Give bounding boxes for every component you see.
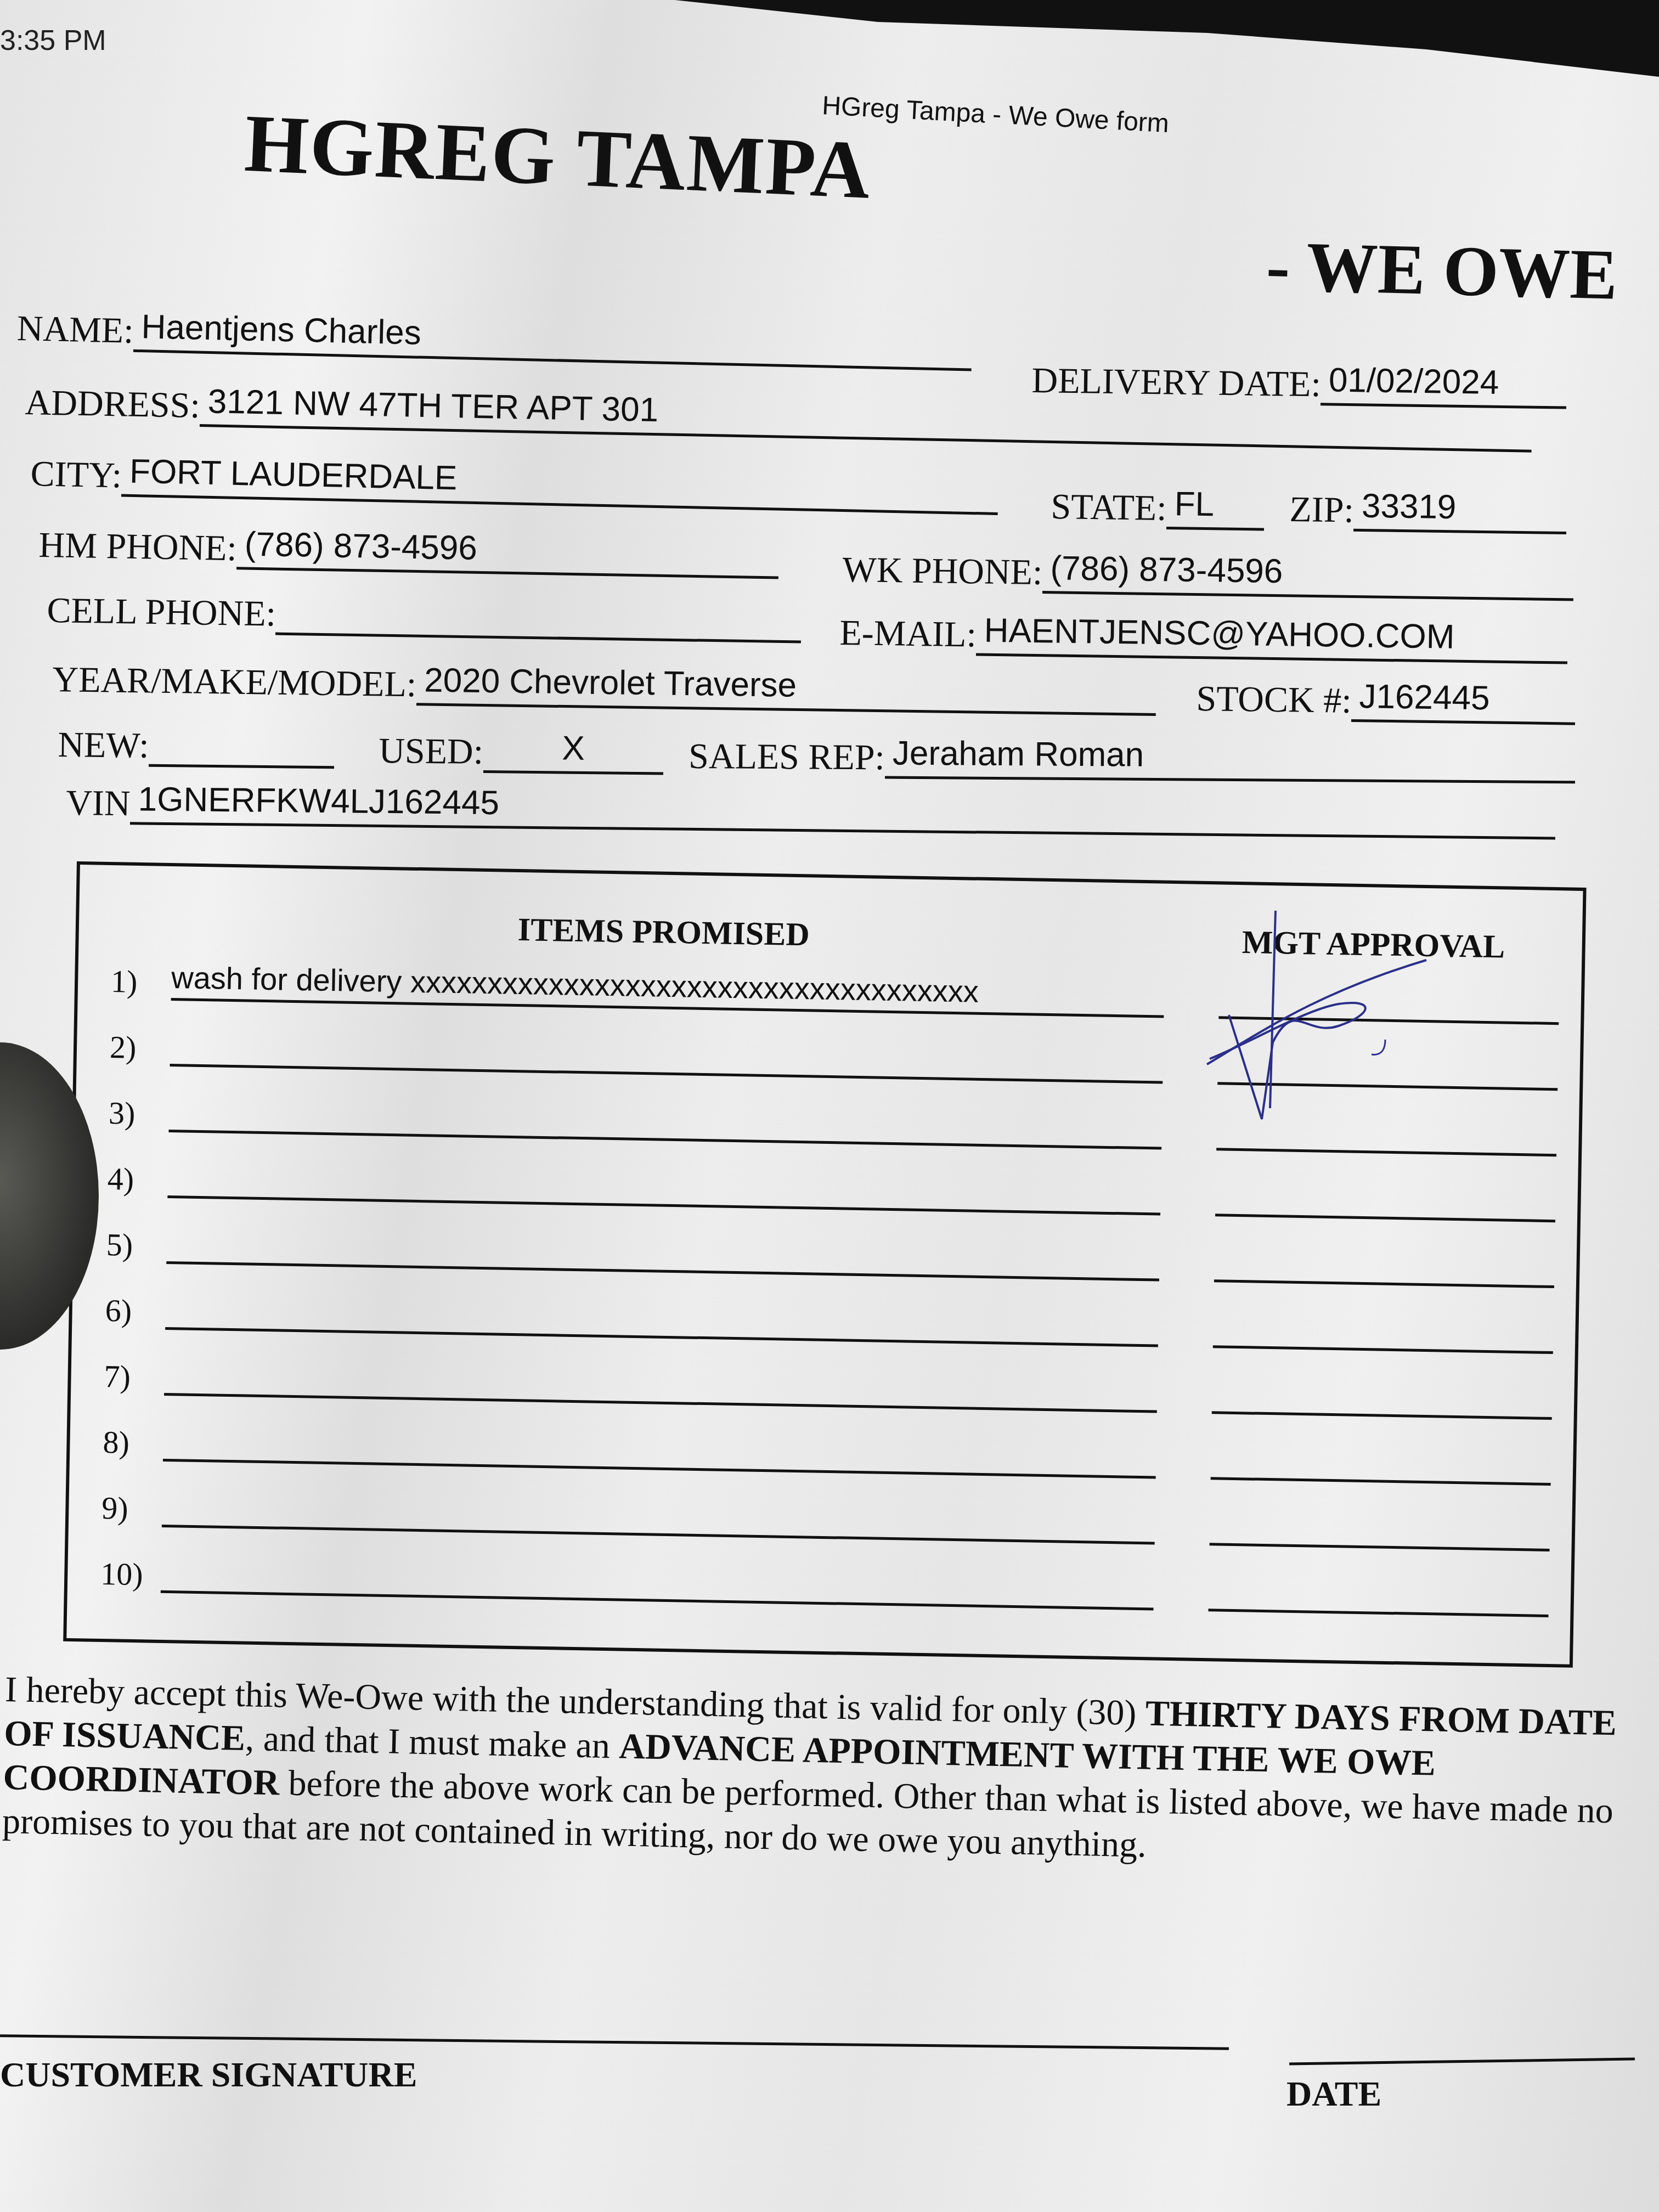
cell-phone-label: CELL PHONE: — [47, 590, 276, 635]
address-label: ADDRESS: — [25, 382, 200, 427]
item-number: 1) — [111, 963, 172, 1001]
item-number: 9) — [101, 1489, 162, 1527]
item-text-field[interactable] — [164, 1355, 1158, 1413]
status-time: 3:35 PM — [0, 24, 106, 57]
new-value[interactable] — [149, 761, 334, 769]
email-label: E-MAIL: — [839, 612, 977, 656]
item-approval-field[interactable] — [1211, 1441, 1551, 1486]
state-field: STATE: FL — [1051, 483, 1265, 531]
vin-value[interactable]: 1GNERFKW4LJ162445 — [130, 780, 1556, 839]
stock-value[interactable]: J162445 — [1351, 677, 1576, 725]
item-row: 10) — [100, 1551, 1549, 1617]
delivery-date-value[interactable]: 01/02/2024 — [1321, 360, 1567, 409]
zip-value[interactable]: 33319 — [1353, 487, 1567, 534]
form-type-title: - WE OWE — [1265, 225, 1618, 317]
item-number: 3) — [108, 1094, 169, 1132]
date-line[interactable] — [1289, 2058, 1635, 2066]
item-number: 4) — [107, 1160, 168, 1198]
vin-field: VIN 1GNERFKW4LJ162445 — [66, 779, 1556, 839]
item-text-field[interactable] — [166, 1223, 1160, 1282]
used-field: USED: X — [379, 727, 664, 775]
stock-label: STOCK #: — [1196, 678, 1352, 722]
zip-label: ZIP: — [1289, 489, 1354, 532]
state-label: STATE: — [1051, 486, 1167, 529]
used-value[interactable]: X — [483, 728, 664, 775]
vehicle-value[interactable]: 2020 Chevrolet Traverse — [416, 661, 1156, 716]
manager-signature — [1196, 900, 1503, 1130]
we-owe-form-page: 3:35 PM HGreg Tampa - We Owe form HGREG … — [0, 0, 1659, 2212]
vehicle-field: YEAR/MAKE/MODEL: 2020 Chevrolet Traverse — [52, 656, 1156, 716]
item-text-field[interactable]: wash for delivery xxxxxxxxxxxxxxxxxxxxxx… — [171, 960, 1165, 1018]
home-phone-field: HM PHONE: (786) 873-4596 — [38, 521, 779, 579]
item-number: 8) — [103, 1424, 163, 1462]
dealer-title: HGREG TAMPA — [242, 96, 873, 218]
item-text-field[interactable] — [170, 1025, 1163, 1084]
item-text-field[interactable] — [162, 1486, 1155, 1545]
name-value[interactable]: Haentjens Charles — [133, 307, 972, 371]
item-row: 4) — [107, 1156, 1556, 1222]
sales-rep-label: SALES REP: — [689, 736, 885, 778]
work-phone-field: WK PHONE: (786) 873-4596 — [842, 546, 1574, 601]
sales-rep-value[interactable]: Jeraham Roman — [885, 733, 1576, 783]
cell-phone-field: CELL PHONE: — [47, 590, 802, 644]
used-label: USED: — [379, 730, 483, 773]
terms-text-2: , and that I must make an — [245, 1718, 619, 1766]
item-row: 5) — [106, 1222, 1555, 1288]
item-approval-field[interactable] — [1214, 1243, 1555, 1288]
item-row: 7) — [104, 1353, 1553, 1420]
date-label: DATE — [1286, 2074, 1381, 2114]
item-number: 10) — [100, 1555, 161, 1593]
item-approval-field[interactable] — [1208, 1572, 1549, 1617]
state-value[interactable]: FL — [1166, 484, 1265, 531]
item-row: 6) — [105, 1288, 1554, 1354]
customer-signature-line[interactable] — [0, 2034, 1229, 2050]
items-list: 1)wash for delivery xxxxxxxxxxxxxxxxxxxx… — [80, 865, 1583, 891]
home-phone-label: HM PHONE: — [38, 524, 237, 569]
customer-signature-label: CUSTOMER SIGNATURE — [0, 2055, 417, 2095]
home-phone-value[interactable]: (786) 873-4596 — [236, 524, 779, 579]
terms-paragraph: I hereby accept this We-Owe with the und… — [2, 1668, 1629, 1877]
zip-field: ZIP: 33319 — [1289, 486, 1567, 534]
city-label: CITY: — [30, 453, 122, 496]
email-value[interactable]: HAENTJENSC@YAHOO.COM — [976, 611, 1568, 664]
items-promised-header: ITEMS PROMISED — [517, 911, 810, 953]
item-text-field[interactable] — [165, 1289, 1159, 1347]
work-phone-value[interactable]: (786) 873-4596 — [1042, 549, 1574, 601]
form-subtitle: HGreg Tampa - We Owe form — [821, 91, 1170, 139]
name-label: NAME: — [16, 308, 134, 352]
stock-field: STOCK #: J162445 — [1196, 675, 1576, 725]
new-label: NEW: — [58, 724, 149, 767]
vin-label: VIN — [66, 782, 131, 825]
new-field: NEW: — [58, 724, 335, 769]
item-row: 8) — [103, 1419, 1551, 1486]
item-number: 7) — [104, 1358, 165, 1396]
email-field: E-MAIL: HAENTJENSC@YAHOO.COM — [839, 609, 1568, 664]
cell-phone-value[interactable] — [275, 629, 801, 644]
item-number: 5) — [106, 1226, 167, 1264]
item-approval-field[interactable] — [1215, 1177, 1556, 1222]
item-approval-field[interactable] — [1210, 1506, 1550, 1551]
name-field: NAME: Haentjens Charles — [16, 304, 972, 371]
item-number: 2) — [110, 1029, 171, 1066]
item-row: 9) — [101, 1485, 1550, 1551]
item-text-field[interactable] — [167, 1157, 1161, 1216]
work-phone-label: WK PHONE: — [842, 549, 1043, 594]
item-approval-field[interactable] — [1212, 1375, 1553, 1420]
item-approval-field[interactable] — [1213, 1309, 1554, 1354]
item-text-field[interactable] — [161, 1552, 1154, 1611]
vehicle-label: YEAR/MAKE/MODEL: — [52, 659, 417, 706]
sales-rep-field: SALES REP: Jeraham Roman — [689, 732, 1575, 783]
item-text-field[interactable] — [168, 1091, 1162, 1150]
city-value[interactable]: FORT LAUDERDALE — [121, 452, 998, 515]
item-number: 6) — [105, 1292, 166, 1330]
city-field: CITY: FORT LAUDERDALE — [30, 450, 999, 515]
item-text-field[interactable] — [163, 1420, 1156, 1479]
